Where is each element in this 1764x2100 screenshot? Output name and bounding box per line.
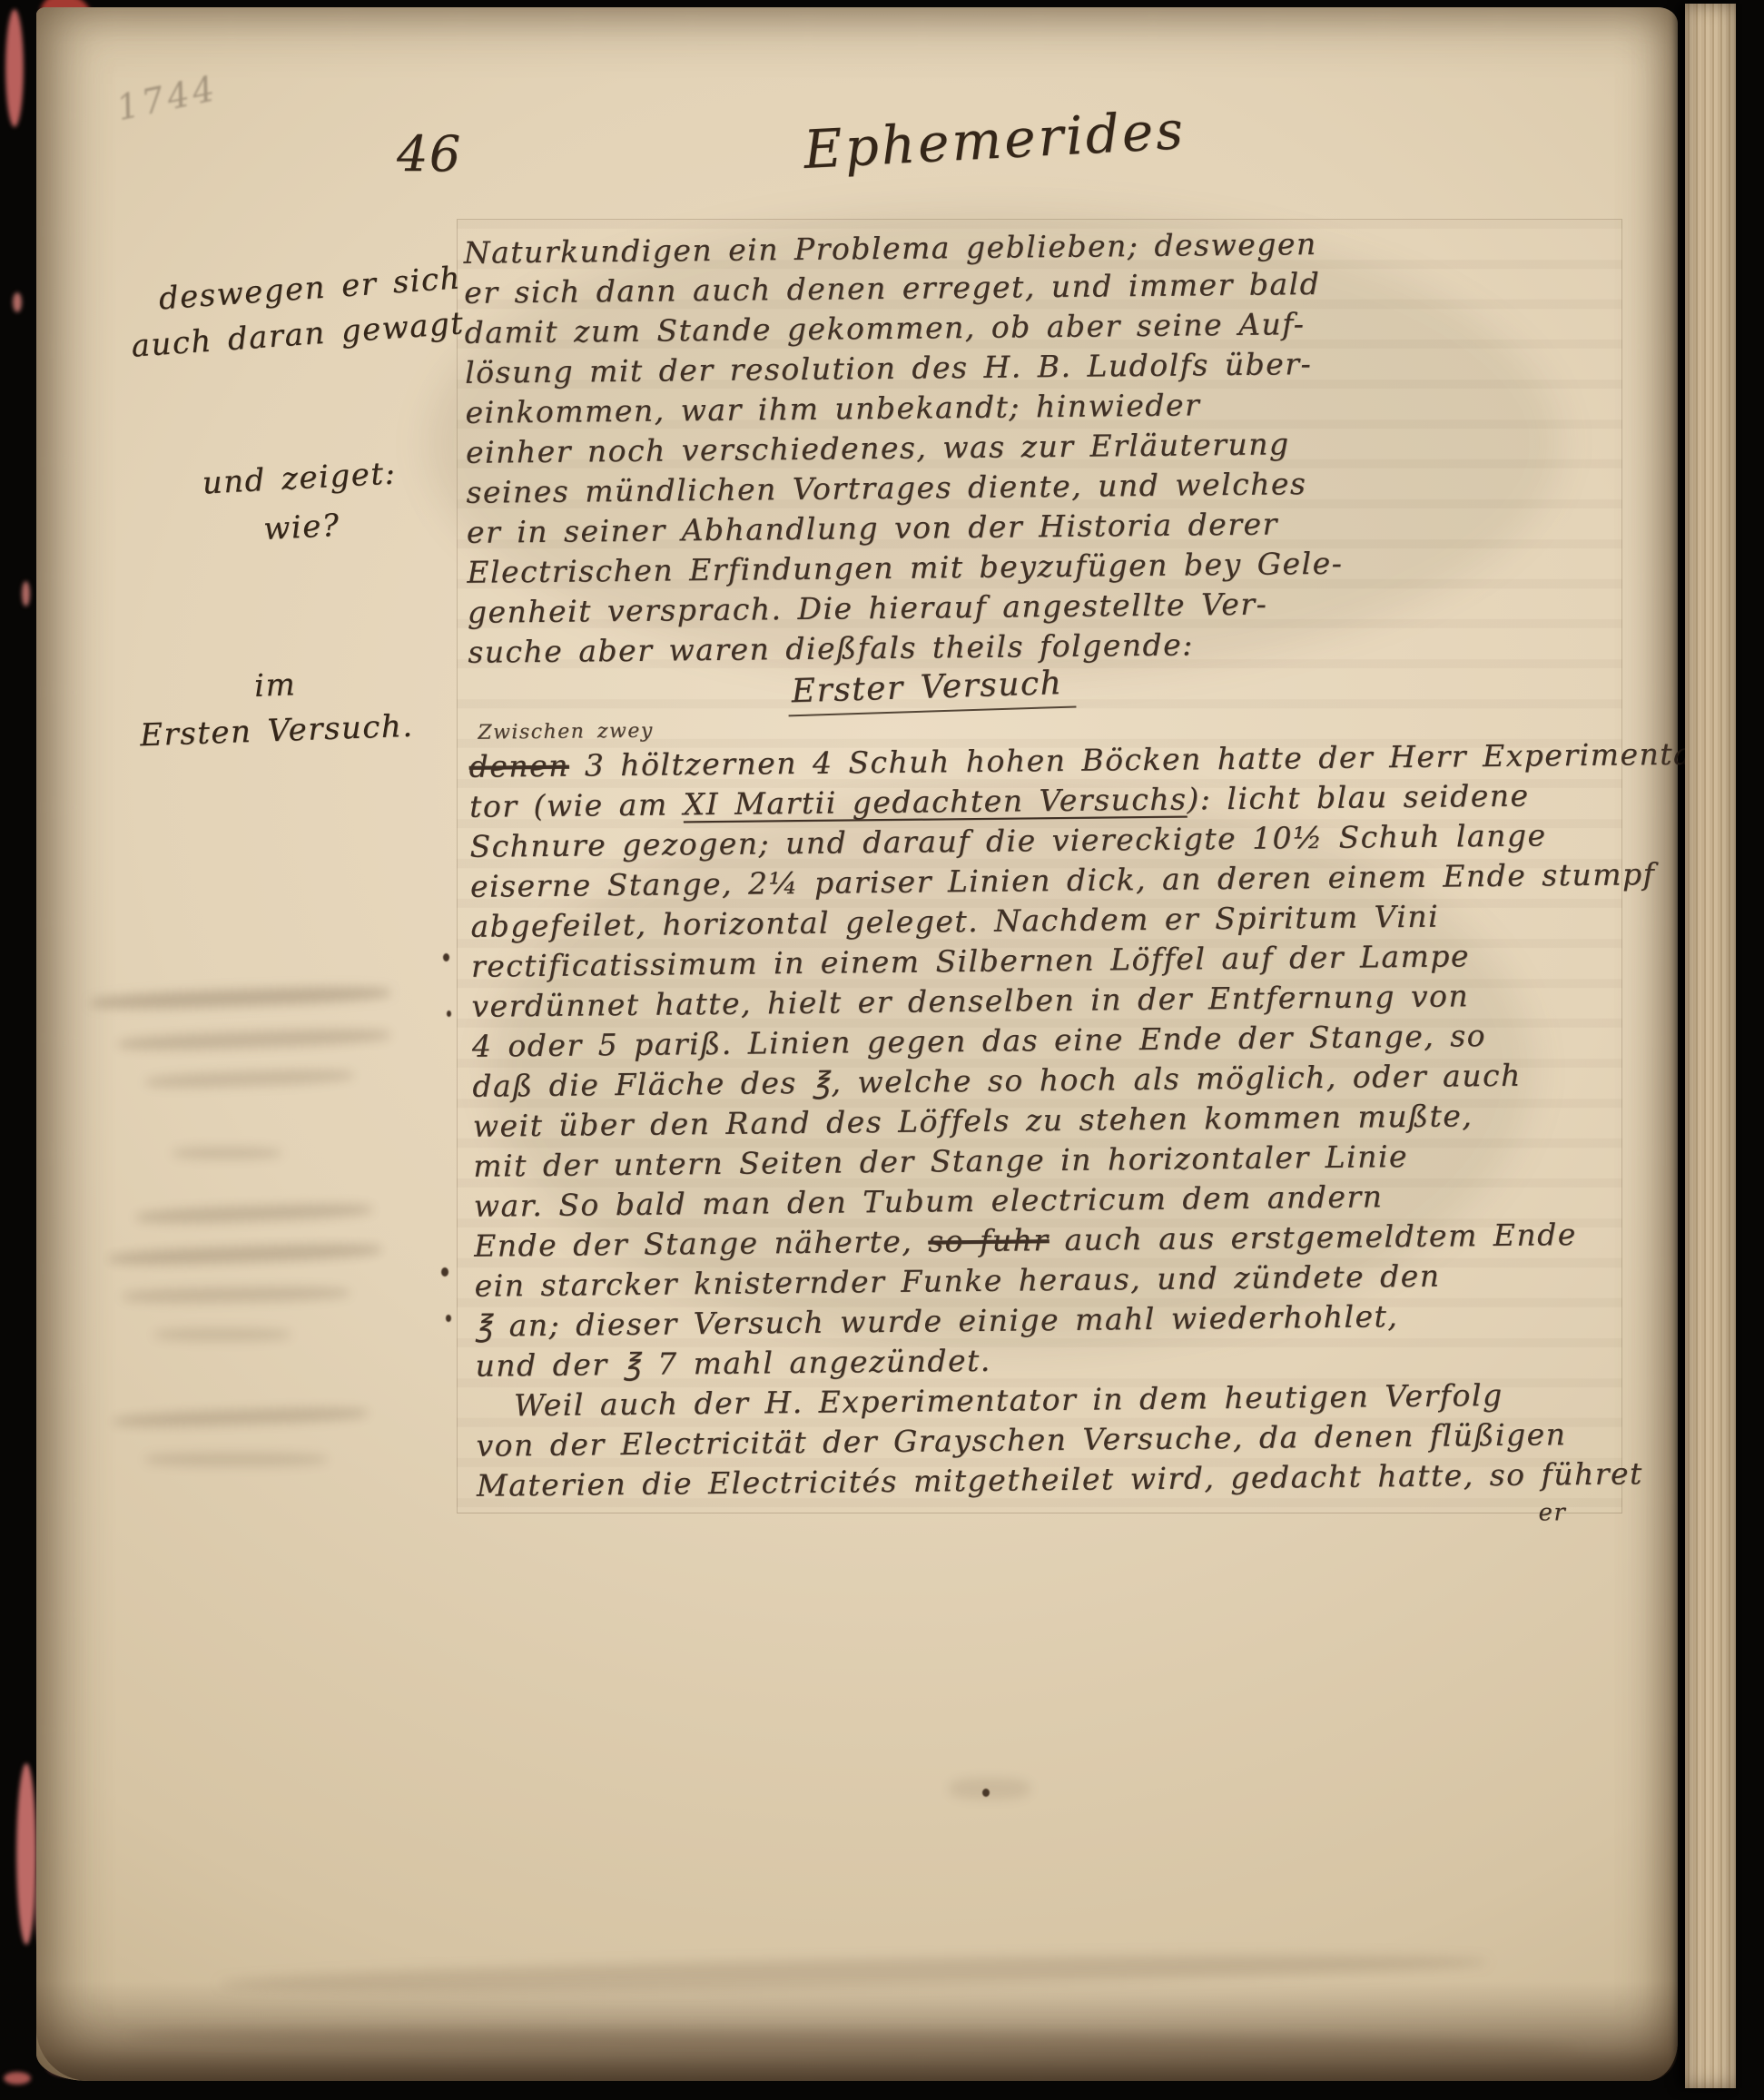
verso-bleed-line	[145, 1068, 354, 1089]
margin-note-3: im Ersten Versuch.	[118, 657, 433, 759]
body-line-text: ): licht blau seidene	[1187, 778, 1530, 817]
underlined-phrase: XI Martii gedachten Versuchs	[683, 782, 1187, 823]
verso-bleed-line	[136, 1201, 372, 1225]
verso-bleed-line	[123, 1286, 350, 1304]
ink-speck	[441, 1267, 448, 1277]
page-bottom-shadow	[36, 1981, 1678, 2081]
manuscript-page: 1744 46 Ephemerides deswegen er sich auc…	[36, 7, 1678, 2081]
page-title: Ephemerides	[803, 99, 1187, 181]
book-fore-edge	[1685, 4, 1736, 2088]
verso-bleed-line	[113, 1405, 368, 1429]
verso-bleed-line	[109, 1242, 381, 1267]
margin-note-line: Ersten Versuch.	[120, 703, 434, 759]
margin-note-1: deswegen er sich auch daran gewagt	[75, 255, 466, 372]
verso-bleed-line	[154, 1328, 291, 1341]
struck-word: denen	[468, 748, 569, 784]
verso-bleed-line	[91, 984, 390, 1011]
verso-bleed-line	[118, 1027, 390, 1052]
book-edge-mark	[22, 581, 30, 606]
page-number: 46	[397, 125, 462, 182]
body-line-text: Ende der Stange näherte,	[474, 1224, 928, 1264]
ink-speck	[443, 953, 449, 961]
section-heading: Erster Versuch	[787, 663, 1076, 716]
book-edge-mark	[16, 1763, 36, 1945]
book-edge-mark	[13, 292, 22, 312]
ink-speck	[446, 1315, 451, 1322]
paper-stain	[949, 1778, 1030, 1799]
manuscript-photo: 1744 46 Ephemerides deswegen er sich auc…	[0, 0, 1764, 2100]
verso-bleed-line	[172, 1147, 281, 1159]
body-line-text: auch aus erstgemeldtem Ende	[1049, 1217, 1577, 1257]
struck-word: so fuhr	[928, 1222, 1050, 1258]
body-line-text: tor (wie am	[469, 786, 684, 823]
ink-speck	[447, 1011, 451, 1017]
verso-bleed-line	[145, 1453, 327, 1466]
pencil-year-note: 1744	[113, 68, 222, 128]
book-edge-mark	[4, 2072, 31, 2085]
margin-note-2: und zeiget: wie?	[168, 448, 432, 559]
book-edge-mark	[5, 9, 24, 127]
manuscript-body: Naturkundigen ein Problema geblieben; de…	[463, 221, 1653, 1542]
